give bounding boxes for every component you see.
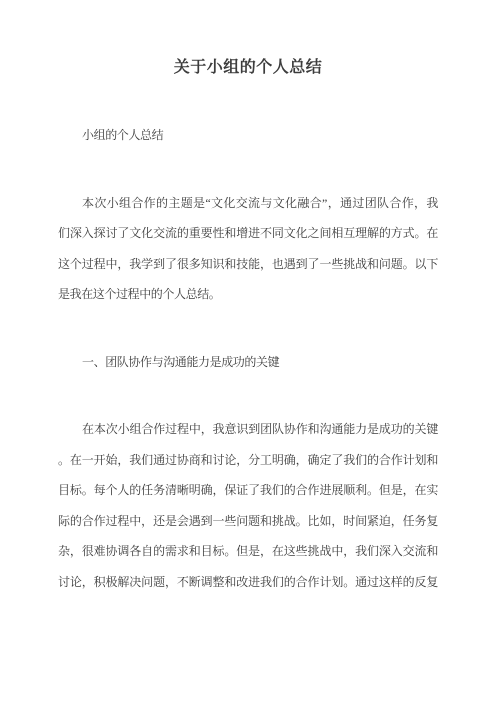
text-line: 一、团队协作与沟通能力是成功的关键 bbox=[58, 347, 438, 378]
text-line: 们深入探讨了文化交流的重要性和增进不同文化之间相互理解的方式。在 bbox=[58, 218, 438, 249]
paragraph: 小组的个人总结 bbox=[58, 120, 438, 151]
document-page: 关于小组的个人总结 小组的个人总结本次小组合作的主题是“文化交流与文化融合”，通… bbox=[0, 0, 500, 707]
text-line: 在本次小组合作过程中，我意识到团队协作和沟通能力是成功的关键 bbox=[58, 414, 438, 445]
text-line: 小组的个人总结 bbox=[58, 120, 438, 151]
text-line: 是我在这个过程中的个人总结。 bbox=[58, 279, 438, 310]
paragraph: 本次小组合作的主题是“文化交流与文化融合”，通过团队合作，我们深入探讨了文化交流… bbox=[58, 188, 438, 310]
text-line: 杂，很难协调各自的需求和目标。但是，在这些挑战中，我们深入交流和 bbox=[58, 536, 438, 567]
paragraph: 一、团队协作与沟通能力是成功的关键 bbox=[58, 347, 438, 378]
text-line: 。在一开始，我们通过协商和讨论，分工明确，确定了我们的合作计划和 bbox=[58, 445, 438, 476]
paragraph: 在本次小组合作过程中，我意识到团队协作和沟通能力是成功的关键。在一开始，我们通过… bbox=[58, 414, 438, 597]
text-line: 这个过程中，我学到了很多知识和技能，也遇到了一些挑战和问题。以下 bbox=[58, 249, 438, 280]
text-line: 目标。每个人的任务清晰明确，保证了我们的合作进展顺利。但是，在实 bbox=[58, 475, 438, 506]
document-body: 小组的个人总结本次小组合作的主题是“文化交流与文化融合”，通过团队合作，我们深入… bbox=[58, 120, 438, 597]
text-line: 际的合作过程中，还是会遇到一些问题和挑战。比如，时间紧迫，任务复 bbox=[58, 506, 438, 537]
text-line: 本次小组合作的主题是“文化交流与文化融合”，通过团队合作，我 bbox=[58, 188, 438, 219]
document-title: 关于小组的个人总结 bbox=[58, 53, 438, 83]
text-line: 讨论，积极解决问题，不断调整和改进我们的合作计划。通过这样的反复 bbox=[58, 567, 438, 598]
